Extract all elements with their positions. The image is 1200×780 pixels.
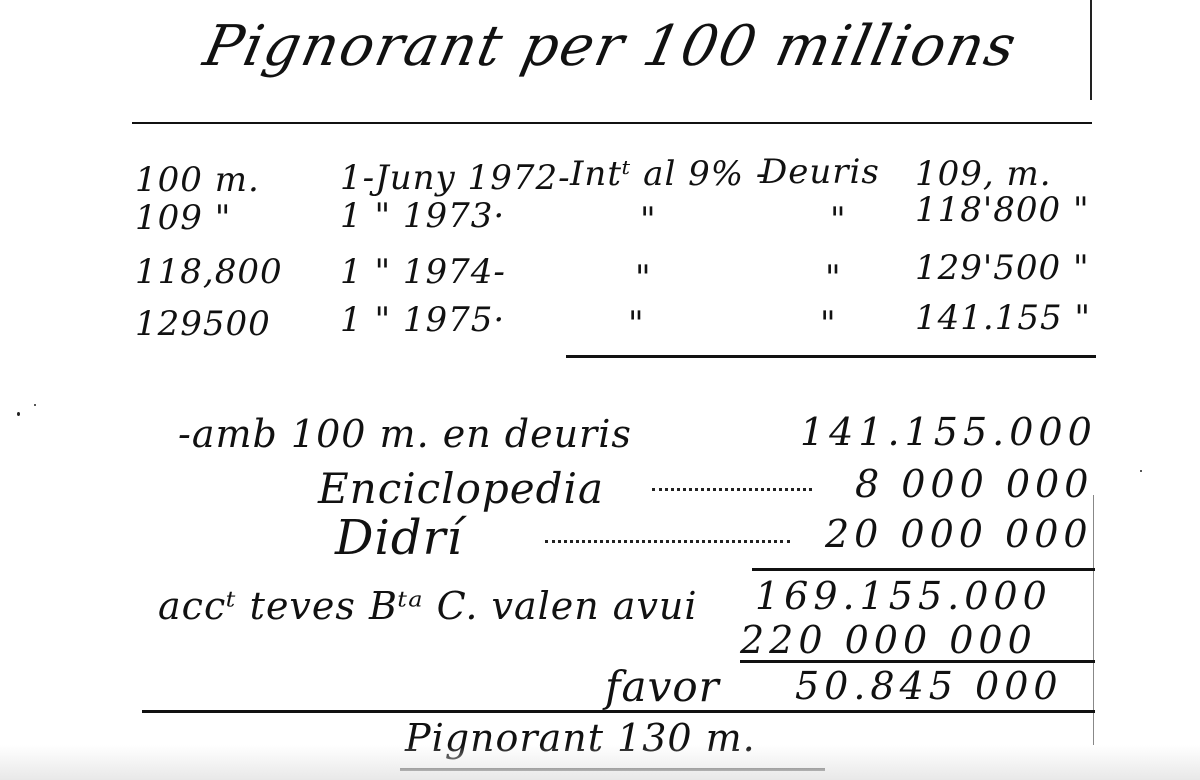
summary-value: 141.155.000	[800, 410, 1097, 454]
table-underline	[566, 355, 1096, 358]
page-title: Pignorant per 100 millions	[198, 14, 1023, 79]
summary-label: -amb 100 m. en deuris	[178, 412, 632, 456]
comparison-underline	[740, 660, 1095, 663]
summary-value: 8 000 000	[855, 462, 1093, 506]
row-amount: 118,800	[135, 252, 283, 292]
row-date: 1 " 1973·	[340, 196, 505, 236]
row-result: 109, m.	[915, 154, 1052, 194]
row-date: 1-Juny 1972-	[340, 158, 571, 198]
margin-line	[1090, 0, 1092, 100]
comparison-value: 220 000 000	[740, 618, 1037, 662]
summary-label: Enciclopedia	[318, 464, 604, 513]
scan-speck	[1140, 470, 1142, 472]
subtotal-line	[752, 568, 1095, 571]
row-rate: Intᵗ al 9% -	[570, 154, 768, 194]
row-amount: 129500	[135, 304, 271, 344]
subtotal-value: 169.155.000	[755, 574, 1052, 618]
scan-speck	[34, 404, 36, 406]
difference-value: 50.845 000	[795, 664, 1063, 708]
row-rate: "	[635, 258, 652, 298]
row-amount: 109 "	[135, 198, 231, 238]
row-date: 1 " 1975·	[340, 300, 505, 340]
scanned-ledger-page: Pignorant per 100 millions 100 m. 1-Juny…	[0, 0, 1200, 780]
leader-line	[545, 530, 790, 543]
difference-label: favor	[605, 662, 720, 711]
leader-line	[652, 478, 812, 491]
margin-line	[1093, 495, 1094, 745]
summary-value: 20 000 000	[825, 512, 1093, 556]
row-result: 129'500 "	[915, 248, 1090, 288]
row-date: 1 " 1974-	[340, 252, 506, 292]
scan-bottom-shadow	[0, 745, 1200, 780]
row-result: 118'800 "	[915, 190, 1090, 230]
row-label: "	[830, 200, 847, 240]
title-underline	[132, 122, 1092, 124]
row-label: "	[825, 258, 842, 298]
row-rate: "	[628, 304, 645, 344]
scan-speck	[17, 412, 20, 416]
section-divider	[142, 710, 1095, 713]
row-amount: 100 m.	[135, 160, 260, 200]
row-result: 141.155 "	[915, 298, 1091, 338]
row-rate: "	[640, 200, 657, 240]
comparison-label: accᵗ teves Bᵗᵃ C. valen avui	[158, 584, 698, 628]
row-label: Deuris	[760, 152, 880, 192]
summary-label: Didrí	[335, 510, 463, 566]
row-label: "	[820, 304, 837, 344]
